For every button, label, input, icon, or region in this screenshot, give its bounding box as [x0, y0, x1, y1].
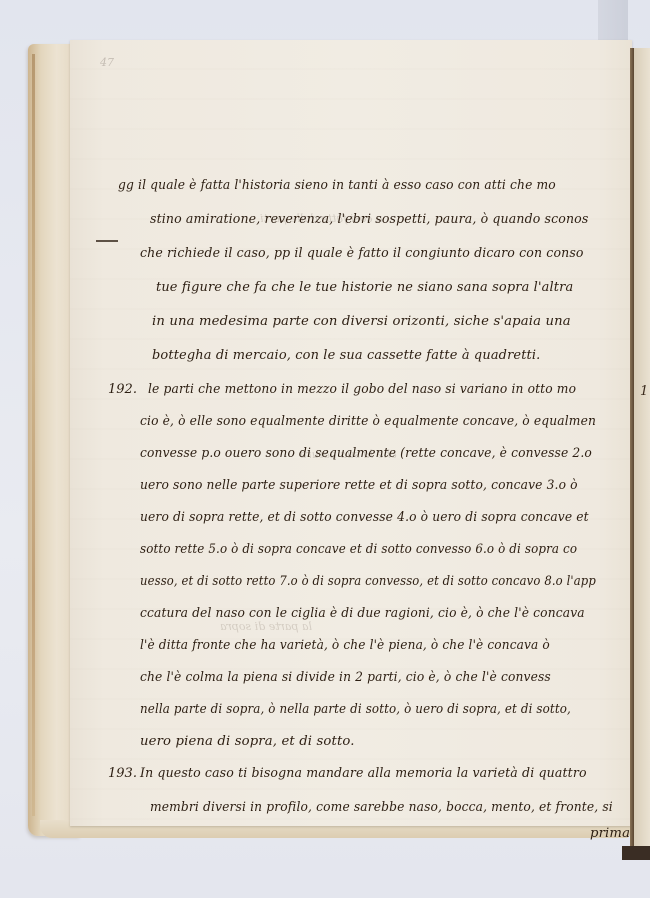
text-line: ccatura del naso con le ciglia è di due … [140, 606, 585, 621]
text-line: uero sono nelle parte superiore rette et… [140, 478, 578, 493]
text-line: membri diversi in profilo, come sarebbe … [150, 800, 613, 815]
text-line: nella parte di sopra, ò nella parte di s… [140, 702, 571, 717]
paragraph-number: 193. [108, 766, 137, 781]
text-line: convesse p.o ouero sono di sequalmente (… [140, 446, 592, 461]
text-line: cio è, ò elle sono equalmente diritte ò … [140, 414, 596, 429]
text-line: che l'è colma la piena si divide in 2 pa… [140, 670, 551, 685]
text-line: uero di sopra rette, et di sotto convess… [140, 510, 589, 525]
catchword: prima [590, 826, 630, 841]
text-line: in una medesima parte con diversi orizon… [152, 314, 571, 329]
text-line: In questo caso ti bisogna mandare alla m… [140, 766, 587, 781]
text-line: gg il quale è fatta l'historia sieno in … [118, 178, 556, 193]
text-line: bottegha di mercaio, con le sua cassette… [152, 348, 540, 363]
manuscript-text: gg il quale è fatta l'historia sieno in … [0, 0, 650, 898]
paragraph-number: 192. [108, 382, 137, 397]
text-line: uero piena di sopra, et di sotto. [140, 734, 355, 749]
text-line: le parti che mettono in mezzo il gobo de… [148, 382, 576, 397]
text-line: uesso, et di sotto retto 7.o ò di sopra … [140, 574, 596, 589]
text-line: tue figure che fa che le tue historie ne… [156, 280, 573, 295]
text-line: che richiede il caso, pp il quale è fatt… [140, 246, 584, 261]
text-line: sotto rette 5.o ò di sopra concave et di… [140, 542, 577, 557]
text-line: stino amiratione, reverenza, l'ebri sosp… [150, 212, 588, 227]
text-line: l'è ditta fronte che ha varietà, ò che l… [140, 638, 550, 653]
